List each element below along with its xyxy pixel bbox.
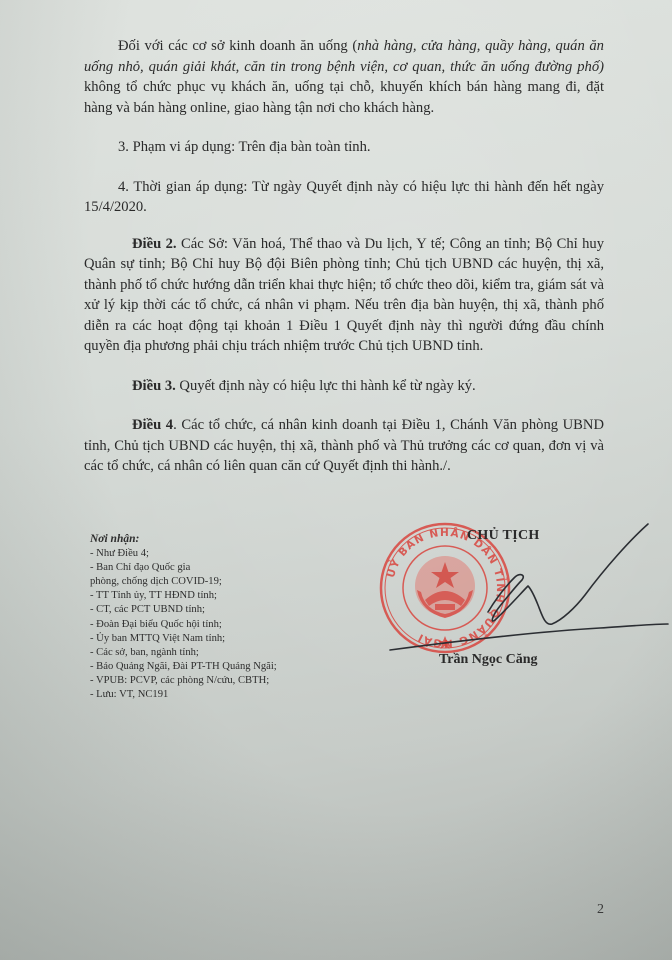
article-2-text: Các Sở: Văn hoá, Thể thao và Du lịch, Y … xyxy=(84,236,604,355)
page-number: 2 xyxy=(597,902,604,918)
article-3-text: Quyết định này có hiệu lực thi hành kể t… xyxy=(176,378,476,394)
recipient-item: - Đoàn Đại biểu Quốc hội tỉnh; xyxy=(90,618,350,632)
signer-name: Trần Ngọc Căng xyxy=(439,652,538,668)
article-3: Điều 3. Quyết định này có hiệu lực thi h… xyxy=(84,376,604,397)
item-4-time: 4. Thời gian áp dụng: Từ ngày Quyết định… xyxy=(84,177,604,218)
recipient-item: phòng, chống dịch COVID-19; xyxy=(90,575,350,589)
recipient-item: - Như Điều 4; xyxy=(90,547,350,561)
recipient-item: - Ban Chỉ đạo Quốc gia xyxy=(90,561,350,575)
document-body: Đối với các cơ sở kinh doanh ăn uống (nh… xyxy=(84,36,604,477)
recipient-item: - TT Tỉnh ủy, TT HĐND tỉnh; xyxy=(90,589,350,603)
recipients-heading: Nơi nhận: xyxy=(90,532,350,546)
recipient-item: - Các sở, ban, ngành tỉnh; xyxy=(90,646,350,660)
article-4: Điều 4. Các tổ chức, cá nhân kinh doanh … xyxy=(84,415,604,477)
item-3-scope: 3. Phạm vi áp dụng: Trên địa bàn toàn tỉ… xyxy=(84,137,604,158)
recipients-list: Nơi nhận: - Như Điều 4;- Ban Chỉ đạo Quố… xyxy=(90,532,350,702)
article-2: Điều 2. Các Sở: Văn hoá, Thể thao và Du … xyxy=(84,234,604,357)
paragraph-food-service: Đối với các cơ sở kinh doanh ăn uống (nh… xyxy=(84,36,604,118)
article-3-label: Điều 3. xyxy=(132,378,176,394)
para-text: Đối với các cơ sở kinh doanh ăn uống ( xyxy=(118,38,357,54)
recipient-item: - Lưu: VT, NC191 xyxy=(90,688,350,702)
recipient-items: - Như Điều 4;- Ban Chỉ đạo Quốc giaphòng… xyxy=(90,547,350,702)
article-2-label: Điều 2. xyxy=(132,236,177,252)
recipient-item: - Ủy ban MTTQ Việt Nam tỉnh; xyxy=(90,632,350,646)
article-4-label: Điều 4 xyxy=(132,417,173,433)
handwritten-signature-icon xyxy=(380,520,670,660)
recipient-item: - CT, các PCT UBND tỉnh; xyxy=(90,603,350,617)
para-text: không tổ chức phục vụ khách ăn, uống tại… xyxy=(84,79,604,116)
recipient-item: - Báo Quảng Ngãi, Đài PT-TH Quảng Ngãi; xyxy=(90,660,350,674)
recipient-item: - VPUB: PCVP, các phòng N/cứu, CBTH; xyxy=(90,674,350,688)
